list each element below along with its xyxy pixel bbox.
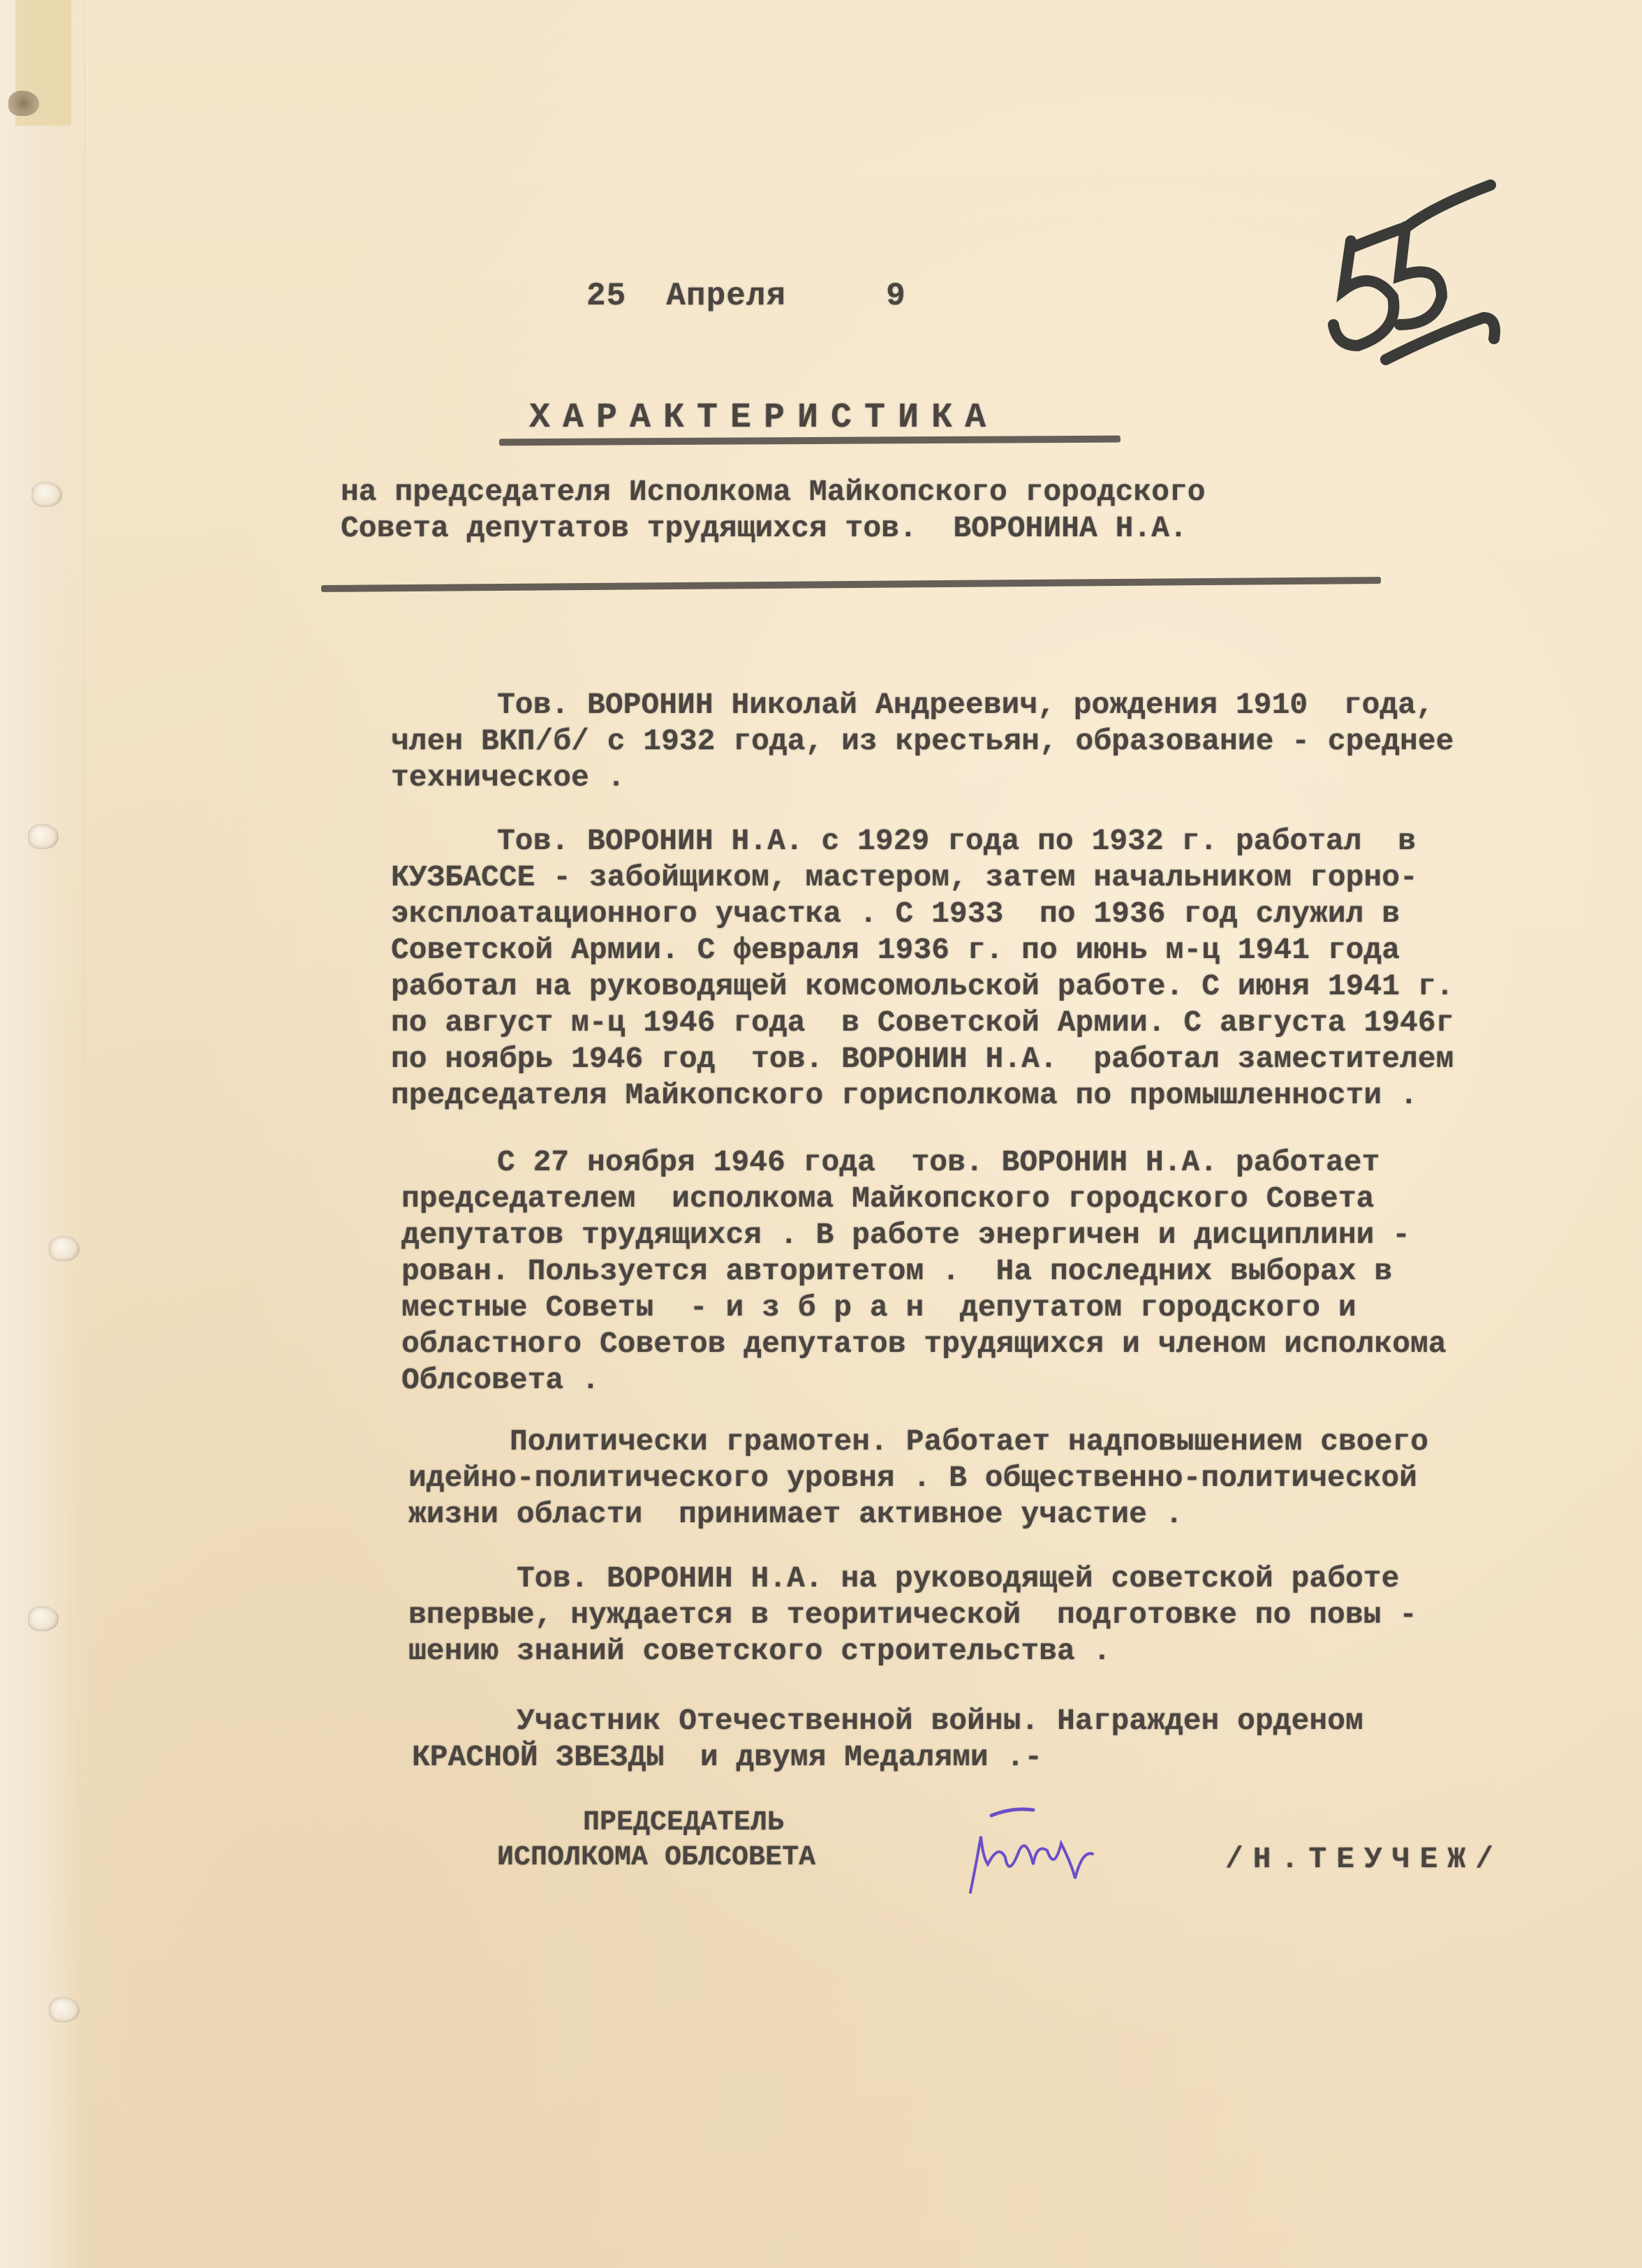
paragraph-line: депутатов трудящихся . В работе энергиче… [401, 1218, 1410, 1252]
document-subtitle-line: Совета депутатов трудящихся тов. ВОРОНИН… [341, 511, 1188, 545]
handwritten-55-icon [1323, 157, 1504, 367]
paragraph-line: член ВКП/б/ с 1932 года, из крестьян, об… [391, 724, 1454, 758]
paragraph-line: шению знаний советского строительства . [408, 1634, 1111, 1668]
punch-hole [49, 1236, 80, 1261]
signatory-name: /Н.ТЕУЧЕЖ/ [1225, 1842, 1503, 1876]
punch-hole [28, 824, 59, 849]
punch-hole [31, 482, 62, 507]
paragraph-line: по ноябрь 1946 год тов. ВОРОНИН Н.А. раб… [391, 1042, 1454, 1076]
paragraph-line: КРАСНОЙ ЗВЕЗДЫ и двумя Медалями .- [412, 1740, 1042, 1774]
paragraph-line: КУЗБАССЕ - забойщиком, мастером, затем н… [391, 860, 1418, 894]
paragraph-line: Тов. ВОРОНИН Н.А. на руководящей советск… [517, 1561, 1399, 1596]
paragraph-line: Участник Отечественной войны. Награжден … [517, 1704, 1363, 1738]
paragraph-line: идейно-политического уровня . В обществе… [408, 1461, 1417, 1495]
handwritten-signature [949, 1802, 1159, 1899]
paragraph-line: жизни области принимает активное участие… [408, 1497, 1183, 1531]
paragraph-line: С 27 ноября 1946 года тов. ВОРОНИН Н.А. … [497, 1145, 1380, 1179]
paragraph-line: местные Советы - и з б р а н депутатом г… [401, 1290, 1356, 1325]
punch-hole [49, 1997, 80, 2022]
binding-margin [0, 0, 85, 2268]
signature-title-line: ИСПОЛКОМА ОБЛСОВЕТА [497, 1842, 815, 1873]
paragraph-line: председателя Майкопского горисполкома по… [391, 1078, 1418, 1112]
paragraph-line: председателем исполкома Майкопского горо… [401, 1181, 1374, 1216]
paragraph-line: Политически грамотен. Работает надповыше… [510, 1424, 1428, 1459]
signature-scribble-icon [949, 1802, 1159, 1899]
paragraph-line: рован. Пользуется авторитетом . На после… [401, 1254, 1392, 1288]
paragraph-line: Тов. ВОРОНИН Н.А. с 1929 года по 1932 г.… [497, 824, 1416, 858]
paragraph-line: эксплоатационного участка . С 1933 по 19… [391, 897, 1400, 931]
document-date: 25 Апреля 9 [586, 278, 906, 314]
punch-hole [28, 1606, 59, 1631]
paragraph-line: техническое . [391, 760, 625, 795]
punch-hole [8, 91, 39, 116]
paragraph-line: Советской Армии. С февраля 1936 г. по ию… [391, 933, 1400, 967]
paragraph-line: Тов. ВОРОНИН Николай Андреевич, рождения… [497, 688, 1434, 722]
paragraph-line: работал на руководящей комсомольской раб… [391, 969, 1454, 1003]
signature-title-line: ПРЕДСЕДАТЕЛЬ [583, 1807, 784, 1839]
paragraph-line: впервые, нуждается в теоритической подго… [408, 1598, 1417, 1632]
paragraph-line: Облсовета . [401, 1363, 600, 1397]
paragraph-line: областного Советов депутатов трудящихся … [401, 1327, 1447, 1361]
archive-page-number [1323, 157, 1504, 367]
document-subtitle-line: на председателя Исполкома Майкопского го… [341, 475, 1206, 509]
paragraph-line: по август м-ц 1946 года в Советской Арми… [391, 1006, 1454, 1040]
document-title: ХАРАКТЕРИСТИКА [529, 398, 998, 438]
